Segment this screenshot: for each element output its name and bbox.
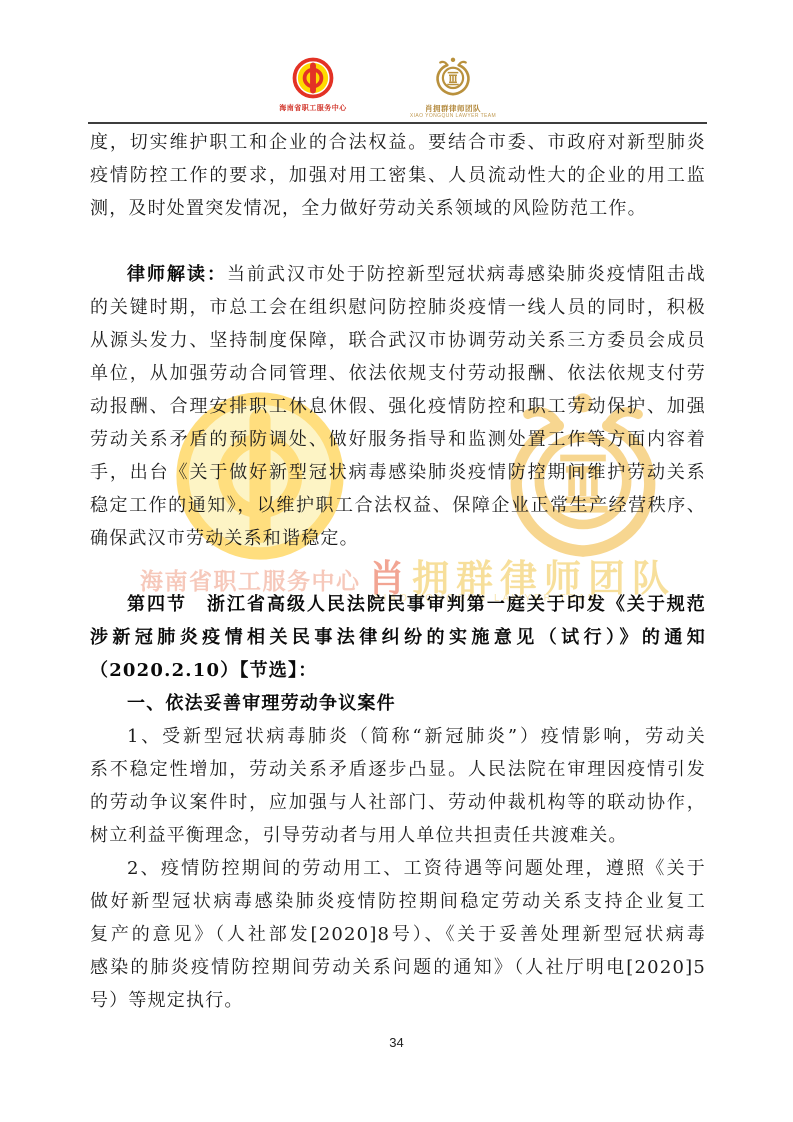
heading-line: （2020.2.10）【节选】： xyxy=(90,654,706,687)
union-logo-icon xyxy=(292,57,334,99)
text-line: 动报酬、合理安排职工休息休假、强化疫情防控和职工劳动保护、加强 xyxy=(90,390,706,423)
law-team-logo-block: 肖拥群律师团队 XIAO YONGQUN LAWYER TEAM xyxy=(408,55,498,119)
law-team-logo-subcaption: XIAO YONGQUN LAWYER TEAM xyxy=(408,113,498,119)
law-team-logo-caption: 肖拥群律师团队 xyxy=(408,104,498,113)
text-line: 做好新型冠状病毒感染肺炎疫情防控期间稳定劳动关系支持企业复工 xyxy=(90,885,706,918)
text-line: 确保武汉市劳动关系和谐稳定。 xyxy=(90,522,706,555)
text-line: 1、受新型冠状病毒肺炎（简称“新冠肺炎”）疫情影响，劳动关 xyxy=(90,720,706,753)
text-line: 劳动关系矛盾的预防调处、做好服务指导和监测处置工作等方面内容着 xyxy=(90,423,706,456)
paragraph-continuation: 度，切实维护职工和企业的合法权益。要结合市委、市政府对新型肺炎 疫情防控工作的要… xyxy=(90,126,706,225)
text-line: 感染的肺炎疫情防控期间劳动关系问题的通知》（人社厅明电[2020]5 xyxy=(90,951,706,984)
document-body: 度，切实维护职工和企业的合法权益。要结合市委、市政府对新型肺炎 疫情防控工作的要… xyxy=(90,126,706,1017)
page-number: 34 xyxy=(0,1035,793,1050)
text-line: 疫情防控工作的要求，加强对用工密集、人员流动性大的企业的用工监 xyxy=(90,159,706,192)
text-line: 单位，从加强劳动合同管理、依法依规支付劳动报酬、依法依规支付劳 xyxy=(90,357,706,390)
text-line: 度，切实维护职工和企业的合法权益。要结合市委、市政府对新型肺炎 xyxy=(90,126,706,159)
text-line: 手，出台《关于做好新型冠状病毒感染肺炎疫情防控期间维护劳动关系 xyxy=(90,456,706,489)
paragraph-item-2: 2、疫情防控期间的劳动用工、工资待遇等问题处理，遵照《关于 做好新型冠状病毒感染… xyxy=(90,852,706,1017)
union-logo-caption: 海南省职工服务中心 xyxy=(277,104,349,113)
paragraph-lawyer-commentary: 律师解读：当前武汉市处于防控新型冠状病毒感染肺炎疫情阻击战 的关键时期，市总工会… xyxy=(90,258,706,555)
text-line: 律师解读：当前武汉市处于防控新型冠状病毒感染肺炎疫情阻击战 xyxy=(90,258,706,291)
text-line: 2、疫情防控期间的劳动用工、工资待遇等问题处理，遵照《关于 xyxy=(90,852,706,885)
text-line: 树立利益平衡理念，引导劳动者与用人单位共担责任共渡难关。 xyxy=(90,819,706,852)
document-page: 海南省职工服务中心 肖拥群律师团队 XIAO YONGQUN LAWYER TE… xyxy=(0,0,793,1122)
text-line: 稳定工作的通知》，以维护职工合法权益、保障企业正常生产经营秩序、 xyxy=(90,489,706,522)
text-line: 的关键时期，市总工会在组织慰问防控肺炎疫情一线人员的同时，积极 xyxy=(90,291,706,324)
section-heading: 第四节 浙江省高级人民法院民事审判第一庭关于印发《关于规范 涉新冠肺炎疫情相关民… xyxy=(90,588,706,687)
heading-line: 涉新冠肺炎疫情相关民事法律纠纷的实施意见（试行）》的通知 xyxy=(90,621,706,654)
text-line: 的劳动争议案件时，应加强与人社部门、劳动仲裁机构等的联动协作， xyxy=(90,786,706,819)
text-line: 系不稳定性增加，劳动关系矛盾逐步凸显。人民法院在审理因疫情引发 xyxy=(90,753,706,786)
text-line: 号）等规定执行。 xyxy=(90,984,706,1017)
lawyer-commentary-first-line: 当前武汉市处于防控新型冠状病毒感染肺炎疫情阻击战 xyxy=(227,264,706,285)
law-team-logo-icon xyxy=(431,55,475,99)
header-divider xyxy=(88,122,707,124)
text-line: 复产的意见》（人社部发[2020]8号）、《关于妥善处理新型冠状病毒 xyxy=(90,918,706,951)
text-line: 测，及时处置突发情况，全力做好劳动关系领域的风险防范工作。 xyxy=(90,192,706,225)
paragraph-spacer xyxy=(90,555,706,588)
union-logo-block: 海南省职工服务中心 xyxy=(277,57,349,113)
paragraph-item-1: 1、受新型冠状病毒肺炎（简称“新冠肺炎”）疫情影响，劳动关 系不稳定性增加，劳动… xyxy=(90,720,706,852)
subheading: 一、依法妥善审理劳动争议案件 xyxy=(90,687,706,720)
text-line: 从源头发力、坚持制度保障，联合武汉市协调劳动关系三方委员会成员 xyxy=(90,324,706,357)
heading-line: 第四节 浙江省高级人民法院民事审判第一庭关于印发《关于规范 xyxy=(90,588,706,621)
paragraph-spacer xyxy=(90,225,706,258)
lawyer-commentary-label: 律师解读： xyxy=(127,264,227,285)
